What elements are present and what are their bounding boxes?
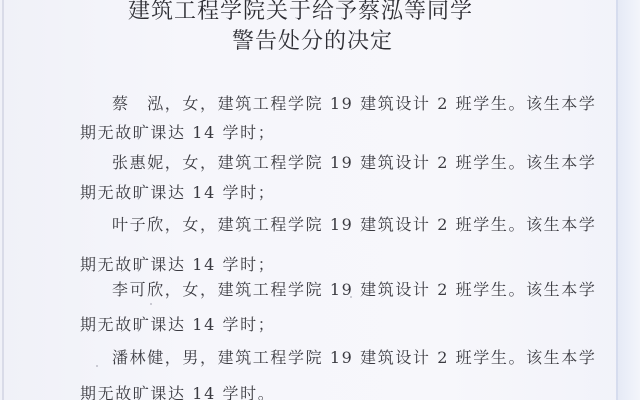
entry-2-line-2: 期无故旷课达 14 学时； <box>80 183 275 203</box>
scan-speck <box>150 303 152 305</box>
scan-speck <box>160 352 162 354</box>
document-title-line-1: 建筑工程学院关于给予蔡泓等同学 <box>128 0 473 25</box>
entry-4-line-2: 期无故旷课达 14 学时； <box>80 315 275 335</box>
scan-speck <box>96 365 98 367</box>
document-title-line-2: 警告处分的决定 <box>232 24 393 55</box>
entry-5-line-1: 潘林健，男，建筑工程学院 19 建筑设计 2 班学生。该生本学 <box>112 348 596 368</box>
page-right-edge-line <box>616 0 618 400</box>
entry-5-line-2: 期无故旷课达 14 学时。 <box>80 384 275 400</box>
entry-1-line-2: 期无故旷课达 14 学时； <box>80 123 275 143</box>
entry-4-line-1: 李可欣，女，建筑工程学院 19 建筑设计 2 班学生。该生本学 <box>112 280 596 300</box>
page-left-edge <box>2 0 4 400</box>
entry-3-line-2: 期无故旷课达 14 学时； <box>80 255 275 275</box>
scanned-document-page: 建筑工程学院关于给予蔡泓等同学 警告处分的决定 蔡 泓，女，建筑工程学院 19 … <box>0 0 640 400</box>
entry-2-line-1: 张惠妮，女，建筑工程学院 19 建筑设计 2 班学生。该生本学 <box>112 153 596 173</box>
scan-speck <box>350 296 352 298</box>
entry-3-line-1: 叶子欣，女，建筑工程学院 19 建筑设计 2 班学生。该生本学 <box>112 215 596 235</box>
page-right-edge-shadow <box>616 0 640 400</box>
entry-1-line-1: 蔡 泓，女，建筑工程学院 19 建筑设计 2 班学生。该生本学 <box>112 94 596 114</box>
